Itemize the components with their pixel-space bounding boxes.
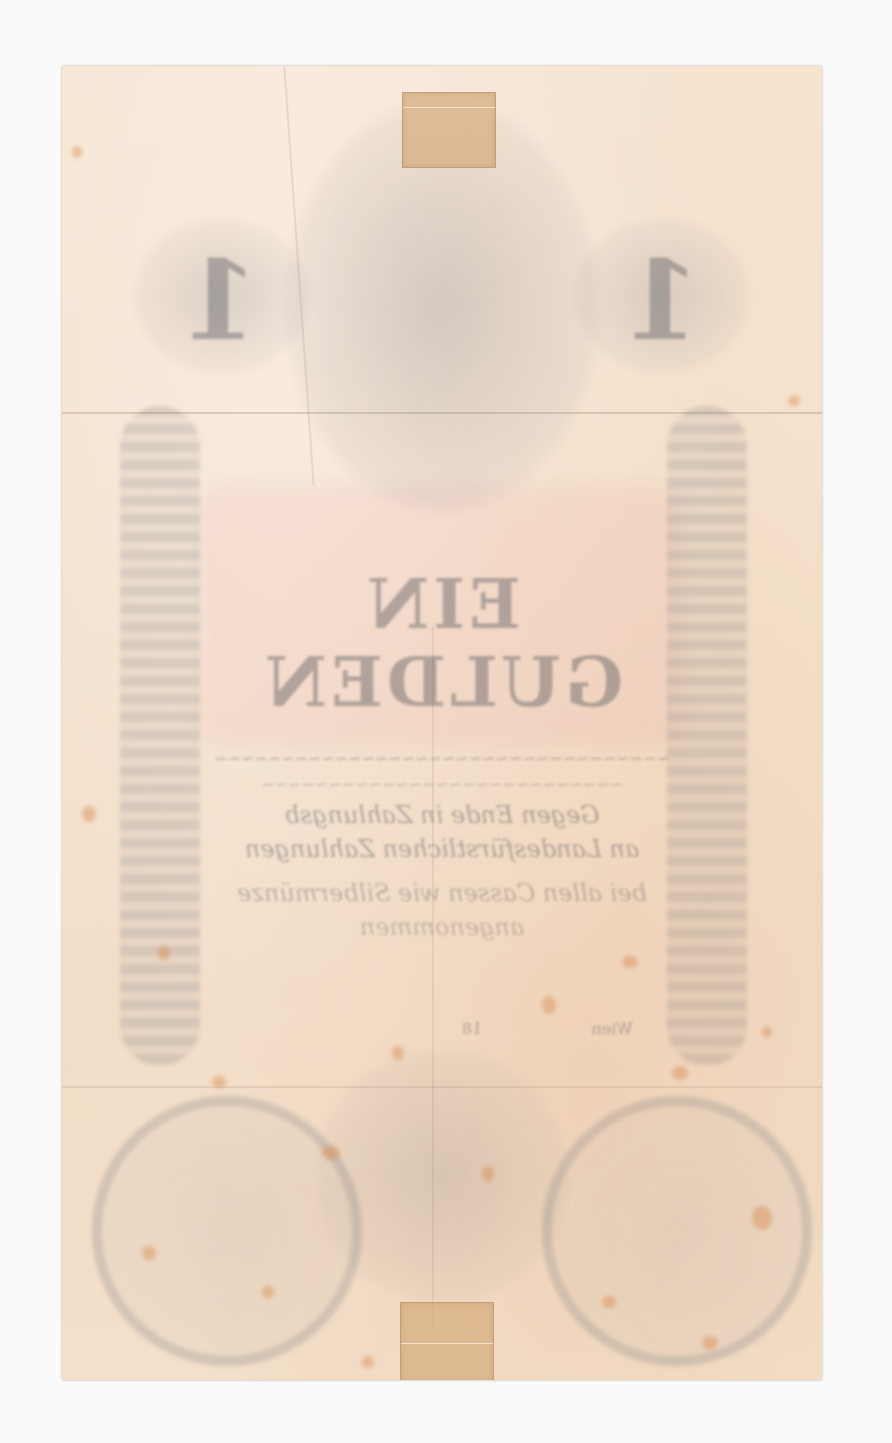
banknote: 1 1 EIN GULDEN ~~~~~~~~~~~~~~~~~~~~~~~~~…	[62, 66, 822, 1380]
foxing-spot	[82, 806, 96, 822]
foxing-spot	[322, 1146, 340, 1160]
small-mark-right: Wien	[582, 1016, 642, 1042]
foxing-spot	[262, 1286, 274, 1298]
foxing-spot	[762, 1026, 772, 1038]
foxing-spot	[788, 396, 800, 406]
small-mark-left: 18	[452, 1016, 492, 1042]
foxing-spot	[672, 1066, 688, 1080]
text-line-3: bei allen Cassen wie Silbermünze	[62, 876, 822, 910]
fine-print-line: ~~~~~~~~~~~~~~~~~~~~~~~~~~~	[62, 772, 822, 798]
foxing-spot	[142, 1246, 156, 1260]
right-ornament-band	[667, 406, 747, 1066]
foxing-spot	[602, 1296, 616, 1308]
foxing-spot	[212, 1076, 226, 1088]
numeral-oval-left	[132, 216, 312, 376]
text-line-2: an Landesfürstlichen Zahlungen	[62, 832, 822, 866]
foxing-spot	[542, 996, 556, 1014]
left-ornament-band	[120, 406, 200, 1066]
numeral-oval-right	[572, 216, 752, 376]
body-text-block: ~~~~~~~~~~~~~~~~~~~~~~~~~~~~~~~~~~ ~~~~~…	[62, 746, 822, 944]
bottom-repair-tape	[400, 1302, 494, 1380]
foxing-spot	[72, 146, 82, 158]
text-line-4: angenommen	[62, 910, 822, 944]
denomination-line-1: EIN	[62, 566, 822, 644]
foxing-spot	[392, 1046, 404, 1060]
bottom-right-medallion	[542, 1096, 812, 1366]
bottom-center-ornament	[312, 1046, 572, 1306]
foxing-spot	[482, 1166, 494, 1182]
denomination-block: EIN GULDEN	[62, 566, 822, 722]
foxing-spot	[752, 1206, 772, 1230]
denomination-line-2: GULDEN	[62, 644, 822, 722]
foxing-spot	[702, 1336, 718, 1350]
foxing-spot	[158, 946, 170, 960]
text-line-1: Gegen Ende in Zahlungsb	[62, 798, 822, 832]
fine-print-line: ~~~~~~~~~~~~~~~~~~~~~~~~~~~~~~~~~~	[62, 746, 822, 772]
foxing-spot	[362, 1356, 374, 1368]
foxing-spot	[622, 956, 638, 968]
top-repair-tape	[402, 92, 496, 168]
